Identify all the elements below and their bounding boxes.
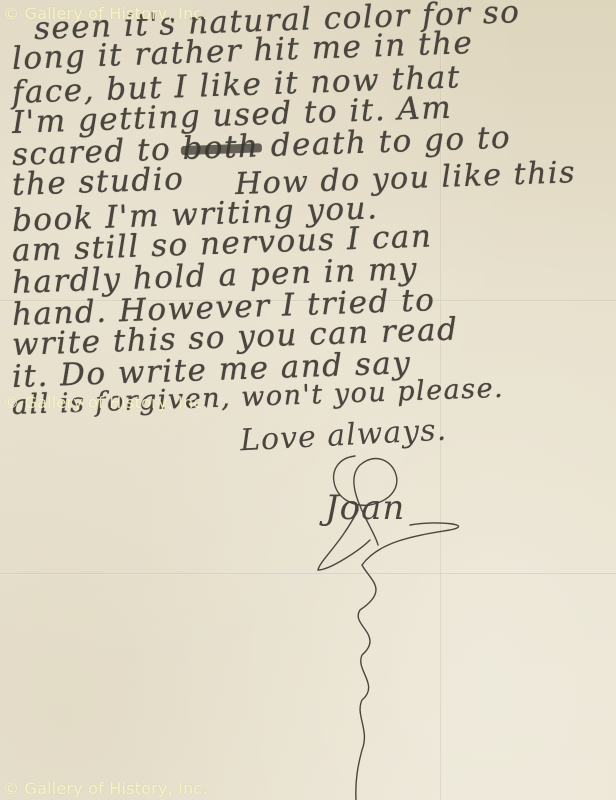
watermark: © Gallery of History, Inc.	[3, 393, 208, 412]
signature: Joan	[325, 488, 405, 528]
watermark: © Gallery of History, Inc.	[3, 779, 208, 798]
watermark: © Gallery of History, Inc.	[3, 4, 208, 23]
struck-out-word: both	[182, 131, 260, 165]
